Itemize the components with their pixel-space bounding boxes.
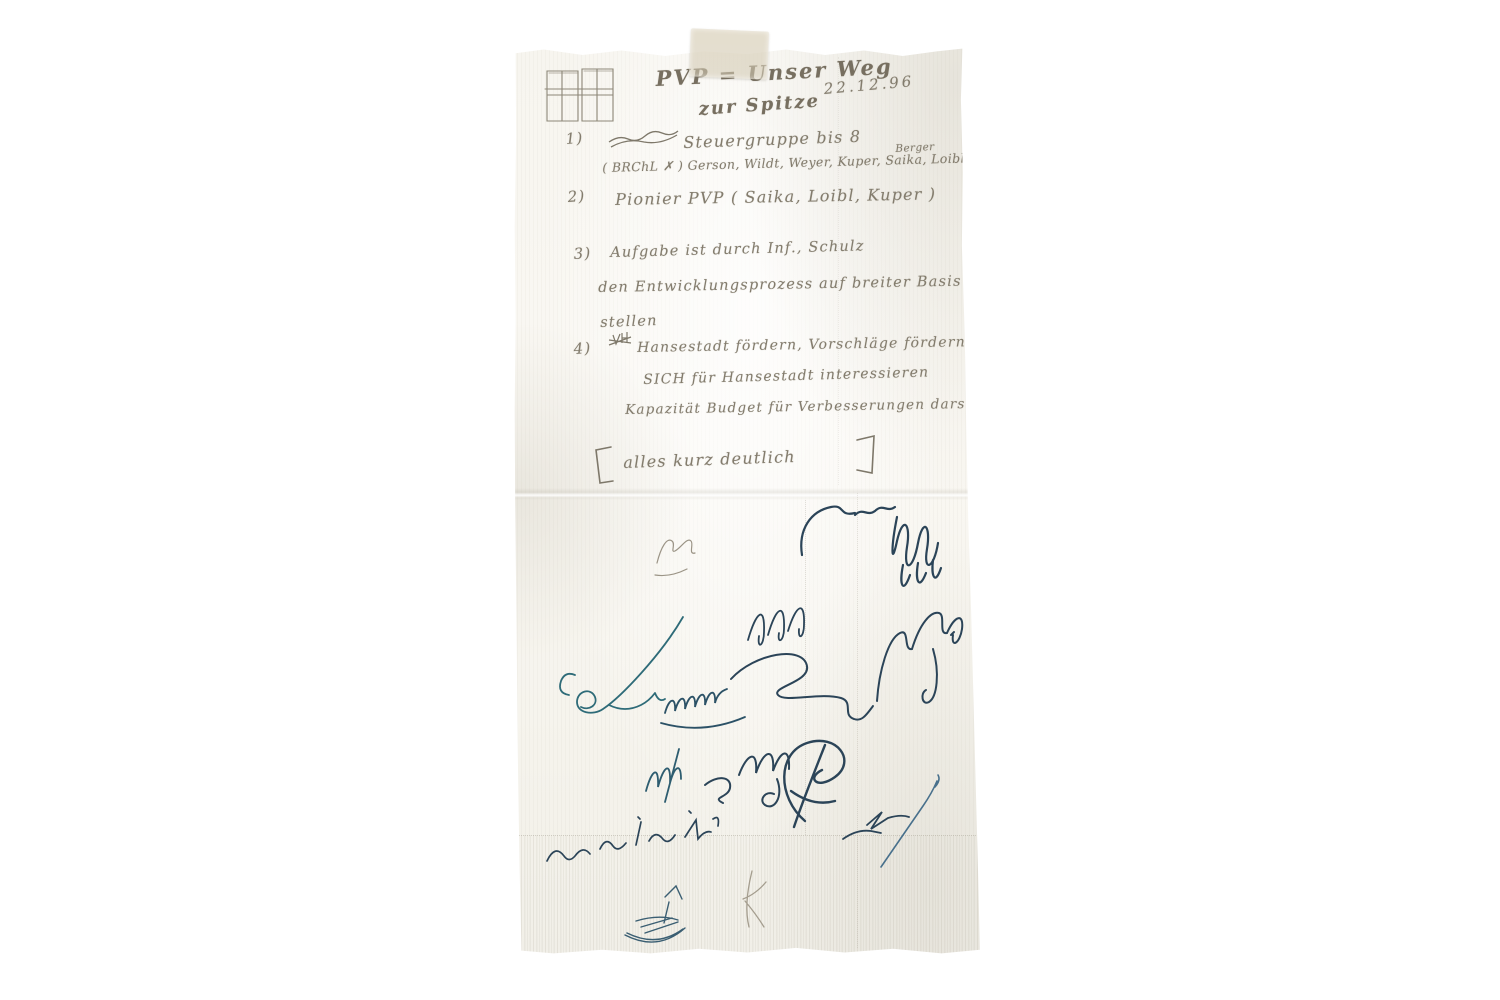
napkin: PVP = Unser Weg zur Spitze 22.12.96 1) S… <box>505 45 990 957</box>
signature-bird-loop <box>731 654 873 720</box>
signature-large-hook <box>801 507 941 586</box>
signature-prager <box>705 753 789 806</box>
signature-mr <box>646 749 681 802</box>
title-line-2: zur Spitze <box>698 91 821 120</box>
item-4-number: 4) <box>573 339 592 358</box>
vertical-crease <box>838 57 839 485</box>
grid-sketch <box>545 69 613 121</box>
napkin-photo-scene: PVP = Unser Weg zur Spitze 22.12.96 1) S… <box>0 0 1500 1000</box>
signature-tall-loops <box>877 613 962 703</box>
item-3-line-1: Aufgabe ist durch Inf., Schulz <box>610 238 865 261</box>
signature-pencil-small <box>655 540 695 575</box>
signature-kite <box>784 741 844 827</box>
signature-teal-flourish <box>560 617 683 713</box>
item-2-text: Pionier PVP ( Saika, Loibl, Kuper ) <box>615 184 936 209</box>
tape-strip <box>689 28 769 79</box>
footer-note: alles kurz deutlich <box>623 447 796 472</box>
crossed-out-word <box>609 131 678 147</box>
signature-loops <box>748 608 804 644</box>
item-1-text: Steuergruppe bis 8 <box>683 127 862 152</box>
item-1-detail: ( BRChL ✗ ) Gerson, Wildt, Weyer, Kuper,… <box>602 151 965 175</box>
struck-abbreviation <box>609 332 631 345</box>
item-1-number: 1) <box>565 129 584 148</box>
embossed-hem-band <box>515 835 981 956</box>
item-3-line-2: den Entwicklungsprozess auf breiter Basi… <box>598 274 962 296</box>
item-3-line-3: stellen <box>600 313 658 331</box>
item-2-number: 2) <box>567 187 586 206</box>
handwriting-graphics <box>505 45 990 960</box>
vertical-crease <box>805 500 806 835</box>
bracket-open <box>596 447 613 483</box>
vertical-crease <box>857 493 858 948</box>
item-4-line-3: Kapazität Budget für Verbesserungen dars… <box>625 395 1012 418</box>
item-4-line-2: SICH für Hansestadt interessieren <box>643 365 930 388</box>
horizontal-fold-crease <box>505 488 990 500</box>
item-3-number: 3) <box>573 244 592 263</box>
signature-umm <box>661 689 745 728</box>
item-4-line-1: Hansestadt fördern, Vorschläge fördern <box>637 334 966 356</box>
bracket-close <box>857 436 874 473</box>
